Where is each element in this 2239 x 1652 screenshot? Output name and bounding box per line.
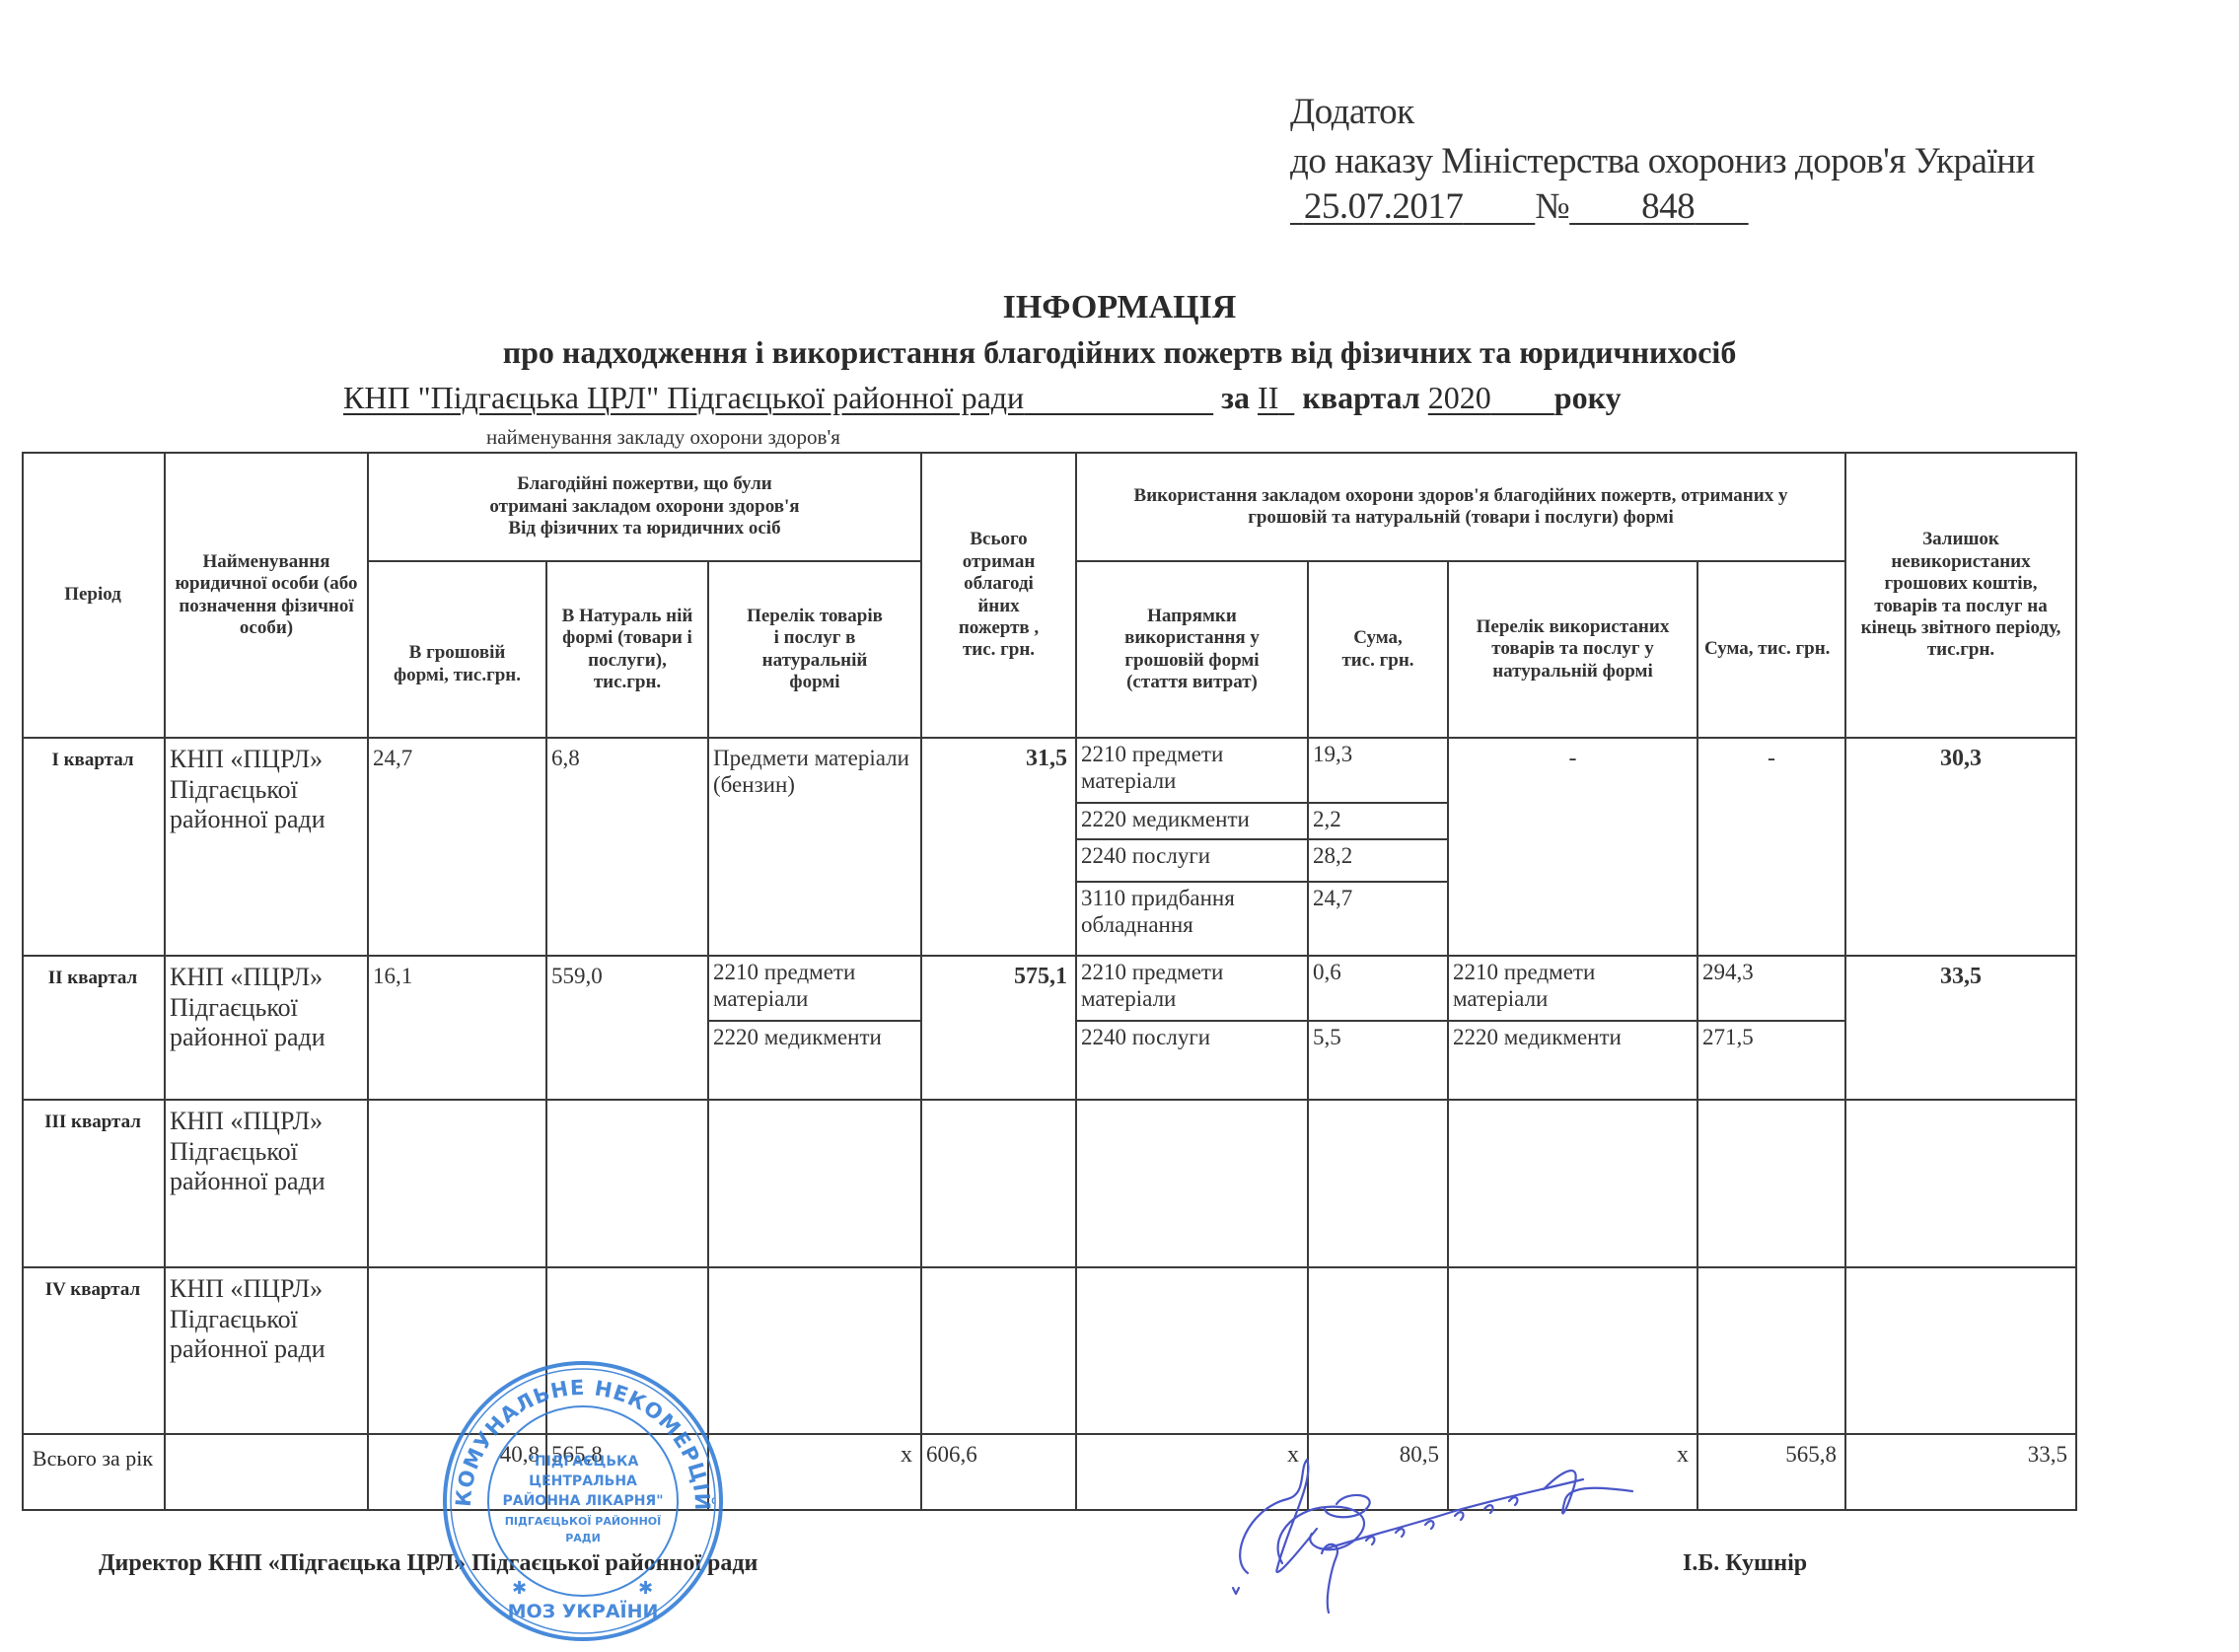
row-balance: 30,3 [1846, 739, 2075, 778]
header-usage-group: Використання закладом охорони здоров'я б… [1077, 454, 1844, 560]
institution-caption: найменування закладу охорони здоров'я [486, 425, 840, 450]
stamp-inner-line: ПІДГАЄЦЬКОЇ РАЙОННОЇ [505, 1514, 662, 1528]
header-usage-goods-list: Перелік використаних товарів та послуг у… [1449, 562, 1697, 737]
row-goods-sum: 271,5 [1698, 1022, 1844, 1056]
totals-label: Всього за рік [22, 1435, 164, 1474]
row-list-item: Предмети матеріали (бензин) [709, 739, 920, 804]
row-money: 16,1 [369, 957, 545, 995]
header-received-money: В грошовій формі, тис.грн. [369, 562, 545, 737]
row-usage-sum: 24,7 [1309, 883, 1447, 917]
header-usage-directions: Напрямки використання у грошовій формі (… [1077, 562, 1307, 737]
report-quarter: II [1258, 380, 1294, 415]
stamp-inner-line: ЦЕНТРАЛЬНА [529, 1473, 637, 1489]
row-usage-direction: 2210 предмети матеріали [1077, 957, 1307, 1018]
header-usage-goods-sum: Сума, тис. грн. [1698, 562, 1844, 737]
row-period: I квартал [22, 739, 164, 774]
row-usage-sum: 5,5 [1309, 1022, 1447, 1056]
row-goods-item: 2210 предмети матеріали [1449, 957, 1697, 1018]
totals-balance: 33,5 [1846, 1435, 2075, 1473]
row-entity: КНП «ПЦРЛ» Підгаєцької районної ради [166, 739, 367, 841]
for-label: за [1221, 380, 1250, 415]
row-usage-sum: 0,6 [1309, 957, 1447, 991]
stamp-inner-line: "ПІДГАЄЦЬКА [528, 1454, 639, 1470]
row-entity: КНП «ПЦРЛ» Підгаєцької районної ради [166, 1101, 367, 1203]
row-goods-item: 2220 медикменти [1449, 1022, 1697, 1056]
row-entity: КНП «ПЦРЛ» Підгаєцької районної ради [166, 1268, 367, 1371]
row-goods-item: - [1449, 739, 1697, 778]
header-total-received: Всього отриман облагоді йних пожертв , т… [922, 454, 1075, 737]
totals-list: x [709, 1435, 920, 1474]
svg-text:✱: ✱ [512, 1578, 527, 1599]
year-label: року [1554, 380, 1622, 415]
header-received-list: Перелік товарів і послуг в натуральній ф… [709, 562, 920, 737]
order-date: 25.07.2017 [1290, 186, 1535, 227]
row-period: III квартал [22, 1101, 164, 1136]
row-usage-direction: 2240 послуги [1077, 840, 1307, 875]
row-money: 24,7 [369, 739, 545, 777]
order-date-line: 25.07.2017 № 848 [1290, 185, 1749, 228]
row-entity: КНП «ПЦРЛ» Підгаєцької районної ради [166, 957, 367, 1059]
header-received-group: Благодійні пожертви, що були отримані за… [369, 454, 920, 560]
row-total: 575,1 [922, 957, 1075, 996]
row-kind: 559,0 [547, 957, 707, 995]
row-usage-direction: 2210 предмети матеріали [1077, 739, 1307, 800]
stamp-bottom-text: МОЗ УКРАЇНИ [508, 1599, 659, 1622]
row-goods-sum: 294,3 [1698, 957, 1844, 991]
signatory-name: І.Б. Кушнір [1683, 1550, 1807, 1577]
header-received-kind: В Натураль ній формі (товари і послуги),… [547, 562, 707, 737]
header-usage-money-sum: Сума, тис. грн. [1309, 562, 1447, 737]
row-kind: 6,8 [547, 739, 707, 777]
order-reference: до наказу Міністерства охорониз доров'я … [1290, 140, 2035, 182]
document-title: ІНФОРМАЦІЯ [0, 289, 2239, 326]
row-list-item: 2220 медикменти [709, 1022, 920, 1056]
institution-name: КНП "Підгаєцька ЦРЛ" Підгаєцької районно… [343, 380, 1213, 415]
row-period: II квартал [22, 957, 164, 992]
row-total: 31,5 [922, 739, 1075, 778]
institution-line: КНП "Підгаєцька ЦРЛ" Підгаєцької районно… [343, 380, 1622, 416]
totals-goods-sum: 565,8 [1698, 1435, 1844, 1473]
stamp-inner-line: РАЙОННА ЛІКАРНЯ" [502, 1492, 663, 1509]
quarter-label: квартал [1302, 380, 1419, 415]
row-usage-sum: 19,3 [1309, 739, 1447, 773]
official-stamp-icon: КОМУНАЛЬНЕ НЕКОМЕРЦІЙНЕ ПІДПРИЄМСТВО МОЗ… [441, 1359, 725, 1643]
order-number: 848 [1569, 186, 1749, 227]
row-usage-direction: 2240 послуги [1077, 1022, 1307, 1056]
signature-icon [1208, 1450, 1642, 1617]
row-usage-direction: 2220 медикменти [1077, 804, 1307, 838]
row-usage-sum: 2,2 [1309, 804, 1447, 838]
totals-total: 606,6 [922, 1435, 1075, 1473]
document-subtitle: про надходження і використання благодійн… [0, 334, 2239, 371]
row-list-item: 2210 предмети матеріали [709, 957, 920, 1018]
svg-text:✱: ✱ [638, 1578, 653, 1599]
order-number-sign: № [1535, 186, 1569, 227]
row-usage-direction: 3110 придбання обладнання [1077, 883, 1307, 944]
row-balance: 33,5 [1846, 957, 2075, 996]
stamp-inner-line: РАДИ [565, 1532, 601, 1544]
header-period: Період [22, 454, 164, 737]
row-period: IV квартал [22, 1268, 164, 1304]
report-year: 2020 [1428, 380, 1554, 415]
table-border [2075, 452, 2077, 1511]
header-entity-name: Найменування юридичної особи (або познач… [166, 454, 367, 737]
appendix-label: Додаток [1290, 91, 1414, 133]
table-border [22, 1509, 2076, 1511]
row-goods-sum: - [1698, 739, 1844, 778]
header-balance: Залишок невикористаних грошових коштів, … [1846, 454, 2075, 737]
row-usage-sum: 28,2 [1309, 840, 1447, 875]
